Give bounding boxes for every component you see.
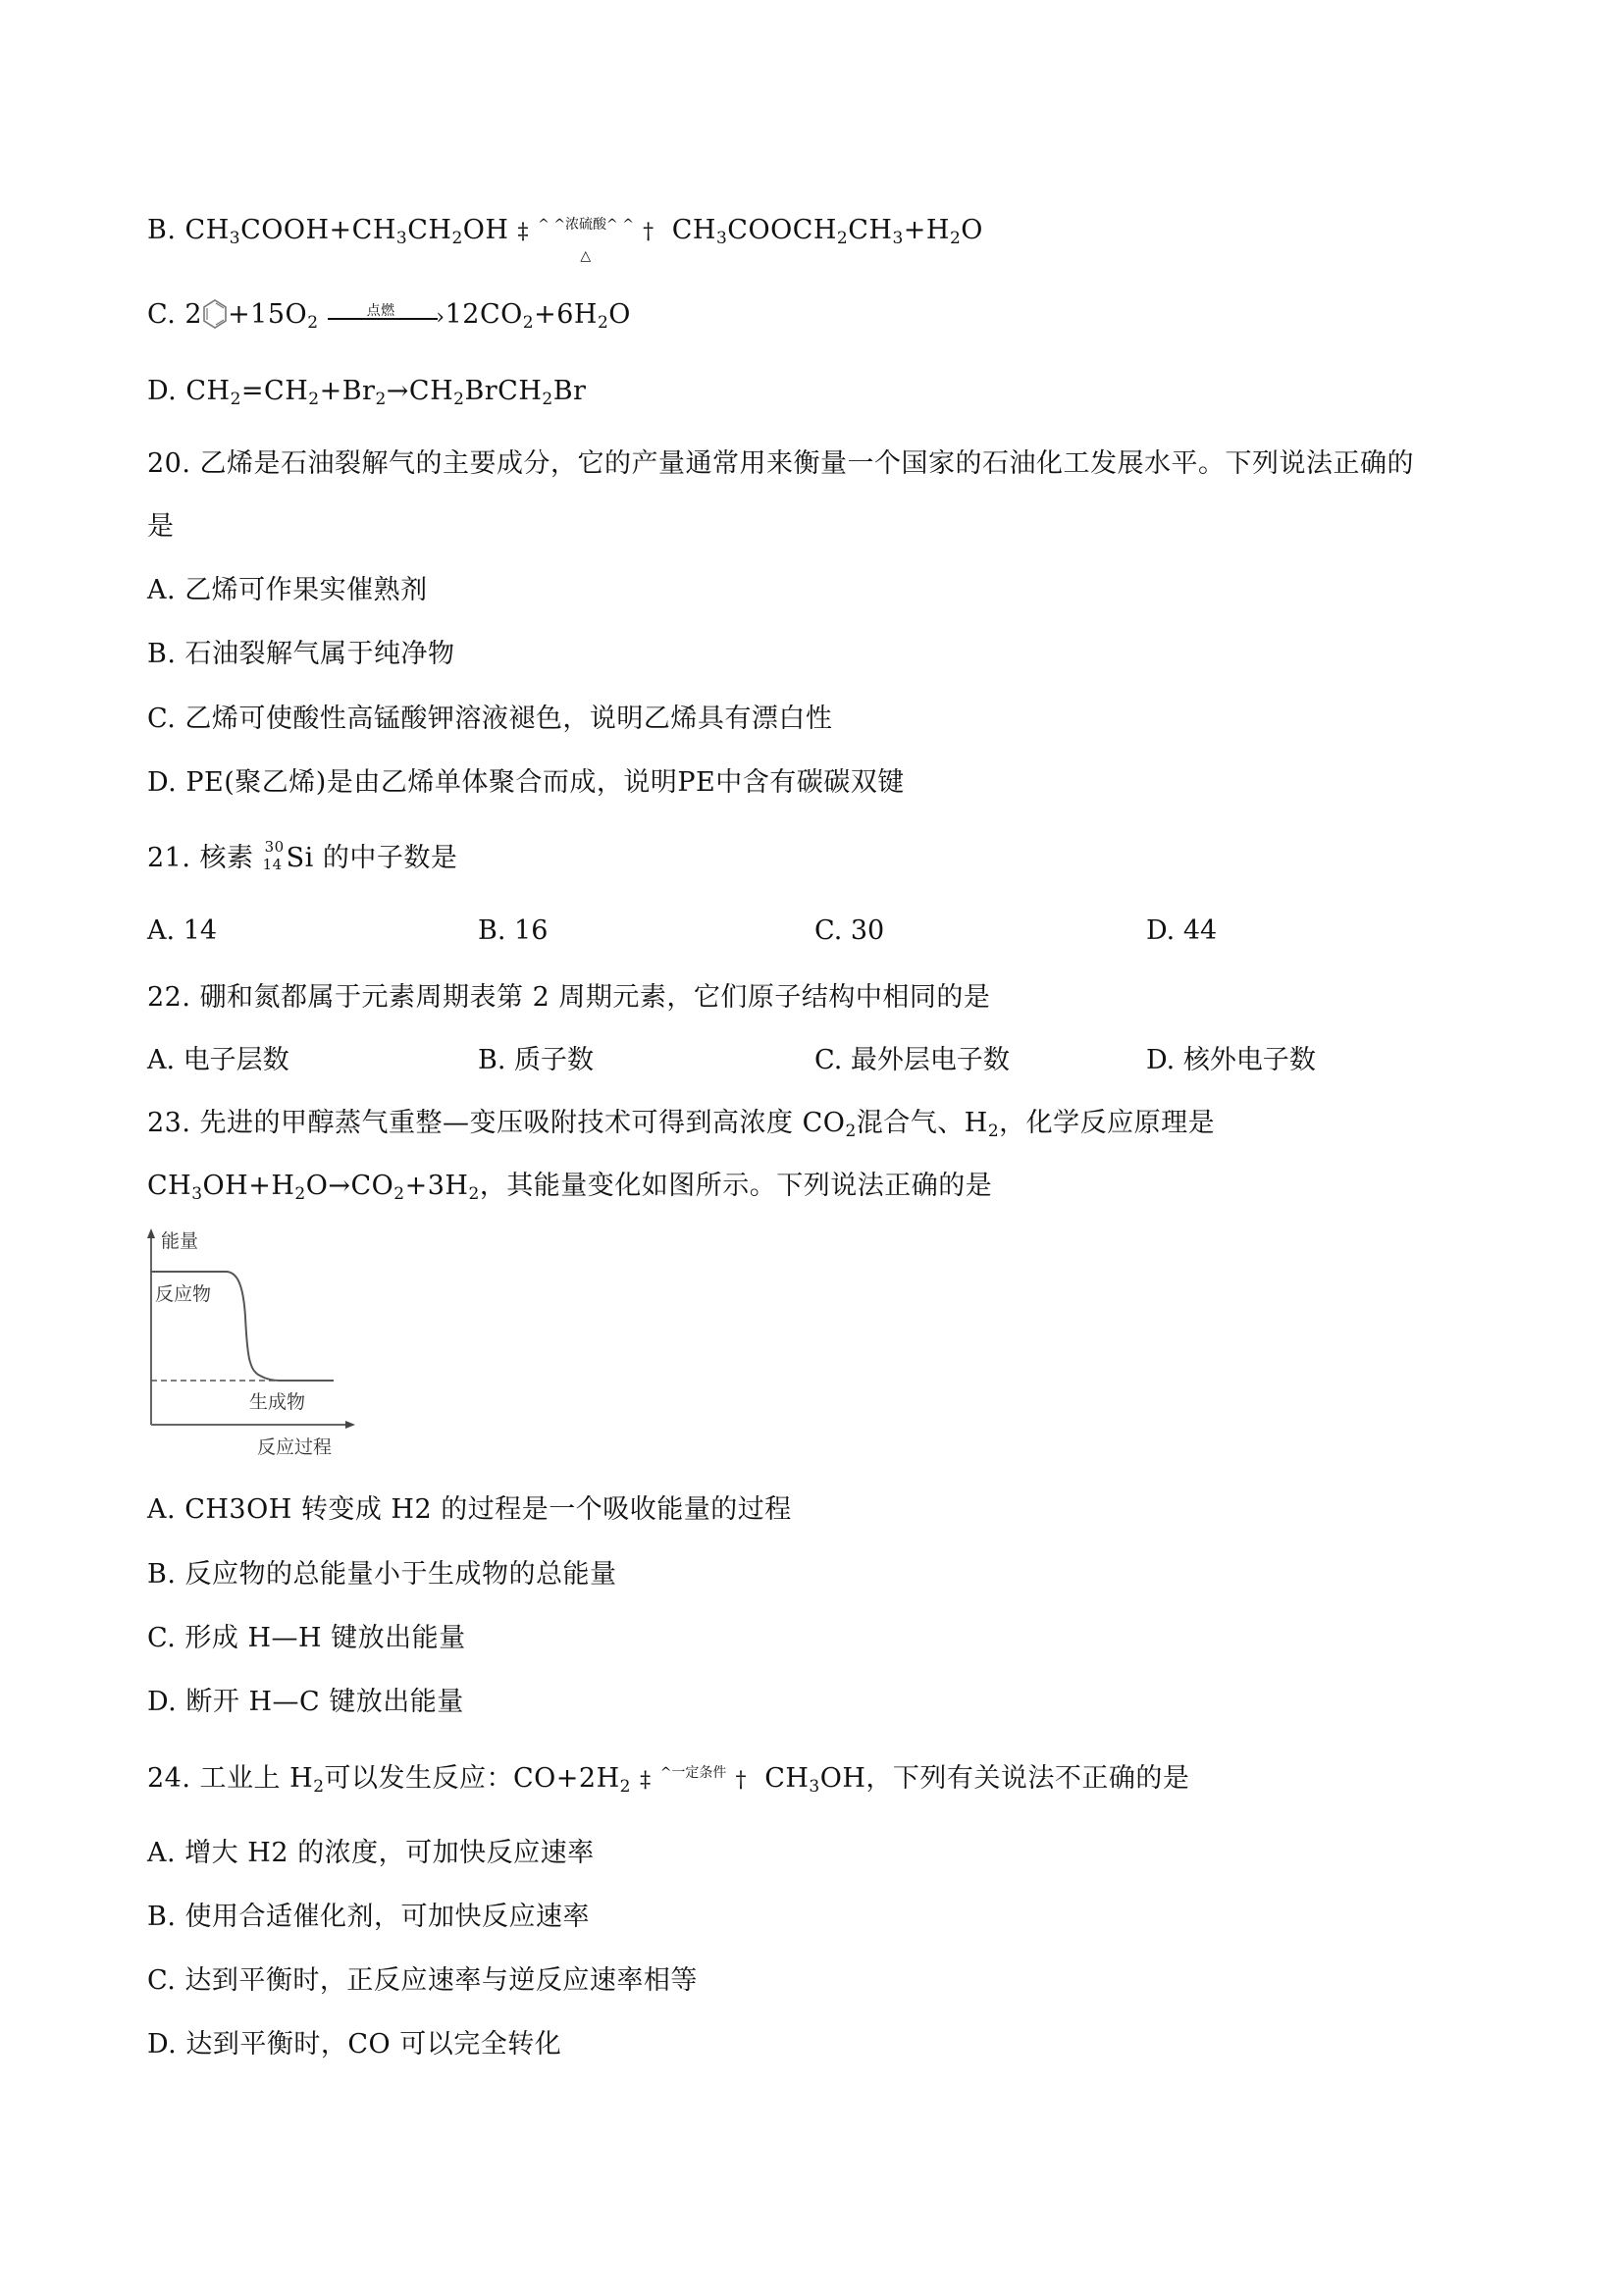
coefficient: 2 — [184, 299, 202, 330]
arrow-condition-above: ^ ^浓硫酸^ ^ — [538, 217, 634, 233]
arrow-condition-below: △ — [580, 239, 591, 273]
question-number: 22. — [147, 982, 190, 1013]
question-number: 21. — [147, 843, 190, 873]
reaction-arrow-icon: 点燃 › — [328, 298, 445, 332]
q22-option-a: A. 电子层数 — [147, 1044, 289, 1077]
q23-option-b: B. 反应物的总能量小于生成物的总能量 — [147, 1558, 617, 1592]
x-axis-label: 反应过程 — [257, 1433, 332, 1459]
q19-option-d: D. CH2=CH2+Br2→CH2BrCH2Br — [147, 375, 586, 408]
q24-option-b: B. 使用合适催化剂，可加快反应速率 — [147, 1901, 590, 1934]
option-label: C. — [147, 299, 176, 330]
arrow-condition-above: ^一定条件 — [660, 1765, 727, 1781]
q20-stem-continued: 是 — [147, 510, 175, 544]
question-text: 硼和氮都属于元素周期表第 2 周期元素，它们原子结构中相同的是 — [200, 982, 991, 1013]
q20-stem: 20. 乙烯是石油裂解气的主要成分，它的产量通常用来衡量一个国家的石油化工发展水… — [147, 447, 1414, 481]
q21-option-d: D. 44 — [1146, 914, 1217, 948]
question-number: 24. — [147, 1763, 190, 1794]
question-text: 乙烯是石油裂解气的主要成分，它的产量通常用来衡量一个国家的石油化工发展水平。下列… — [200, 448, 1415, 479]
option-label: B. — [147, 215, 176, 245]
q21-option-a: A. 14 — [147, 914, 217, 948]
reversible-arrow-icon: ‡ ^ ^浓硫酸^ ^ △ † — [518, 214, 654, 247]
q19-option-c: C. 2+15O2 点燃 › 12CO2+6H2O — [147, 298, 631, 332]
q24-option-a: A. 增大 H2 的浓度，可加快反应速率 — [147, 1837, 595, 1870]
option-label: D. — [147, 376, 177, 406]
q21-stem: 21. 核素 3014Si 的中子数是 — [147, 842, 457, 875]
q23-option-a: A. CH3OH 转变成 H2 的过程是一个吸收能量的过程 — [147, 1493, 792, 1527]
q23-stem: 23. 先进的甲醇蒸气重整—变压吸附技术可得到高浓度 CO2混合气、H2，化学反… — [147, 1107, 1215, 1140]
x-axis-arrow-icon — [345, 1421, 355, 1429]
q24-option-d: D. 达到平衡时，CO 可以完全转化 — [147, 2028, 561, 2061]
equation-rhs: CH3COOCH2CH3+H2O — [663, 215, 983, 245]
q22-option-d: D. 核外电子数 — [1146, 1044, 1316, 1077]
y-axis-arrow-icon — [147, 1228, 155, 1238]
q20-option-c: C. 乙烯可使酸性高锰酸钾溶液褪色，说明乙烯具有漂白性 — [147, 703, 832, 736]
energy-chart-svg — [147, 1228, 363, 1464]
q23-option-d: D. 断开 H—C 键放出能量 — [147, 1686, 464, 1719]
question-number: 20. — [147, 448, 190, 479]
products: 12CO2+6H2O — [445, 299, 631, 330]
q24-option-c: C. 达到平衡时，正反应速率与逆反应速率相等 — [147, 1964, 698, 1998]
q22-option-c: C. 最外层电子数 — [814, 1044, 1010, 1077]
question-number: 23. — [147, 1108, 190, 1138]
q24-stem: 24. 工业上 H2可以发生反应：CO+2H2 ‡ ^一定条件 † CH3OH，… — [147, 1762, 1189, 1796]
equation-lhs: CH3COOH+CH3CH2OH — [185, 215, 509, 245]
energy-diagram: 能量 反应物 生成物 反应过程 — [147, 1228, 363, 1464]
q20-option-b: B. 石油裂解气属于纯净物 — [147, 638, 455, 671]
product-label: 生成物 — [249, 1387, 305, 1414]
q20-option-a: A. 乙烯可作果实催熟剂 — [147, 574, 428, 607]
equation: CH2=CH2+Br2→CH2BrCH2Br — [185, 376, 586, 406]
reversible-arrow-icon: ‡ ^一定条件 † — [640, 1762, 747, 1796]
nuclide-notation: 3014 — [263, 842, 287, 875]
q20-option-d: D. PE(聚乙烯)是由乙烯单体聚合而成，说明PE中含有碳碳双键 — [147, 766, 905, 800]
q21-option-b: B. 16 — [478, 914, 548, 948]
q23-option-c: C. 形成 H—H 键放出能量 — [147, 1622, 466, 1655]
q22-stem: 22. 硼和氮都属于元素周期表第 2 周期元素，它们原子结构中相同的是 — [147, 981, 990, 1015]
q19-option-b: B. CH3COOH+CH3CH2OH ‡ ^ ^浓硫酸^ ^ △ † CH3C… — [147, 214, 983, 247]
q21-option-c: C. 30 — [814, 914, 884, 948]
arrow-condition: 点燃 — [367, 294, 395, 328]
reactant-label: 反应物 — [155, 1279, 211, 1306]
benzene-ring-icon — [202, 298, 228, 330]
reactant-oxygen: +15O2 — [228, 299, 318, 330]
q23-stem-continued: CH3OH+H2O→CO2+3H2，其能量变化如图所示。下列说法正确的是 — [147, 1170, 992, 1203]
y-axis-label: 能量 — [161, 1226, 198, 1253]
q22-option-b: B. 质子数 — [478, 1044, 594, 1077]
